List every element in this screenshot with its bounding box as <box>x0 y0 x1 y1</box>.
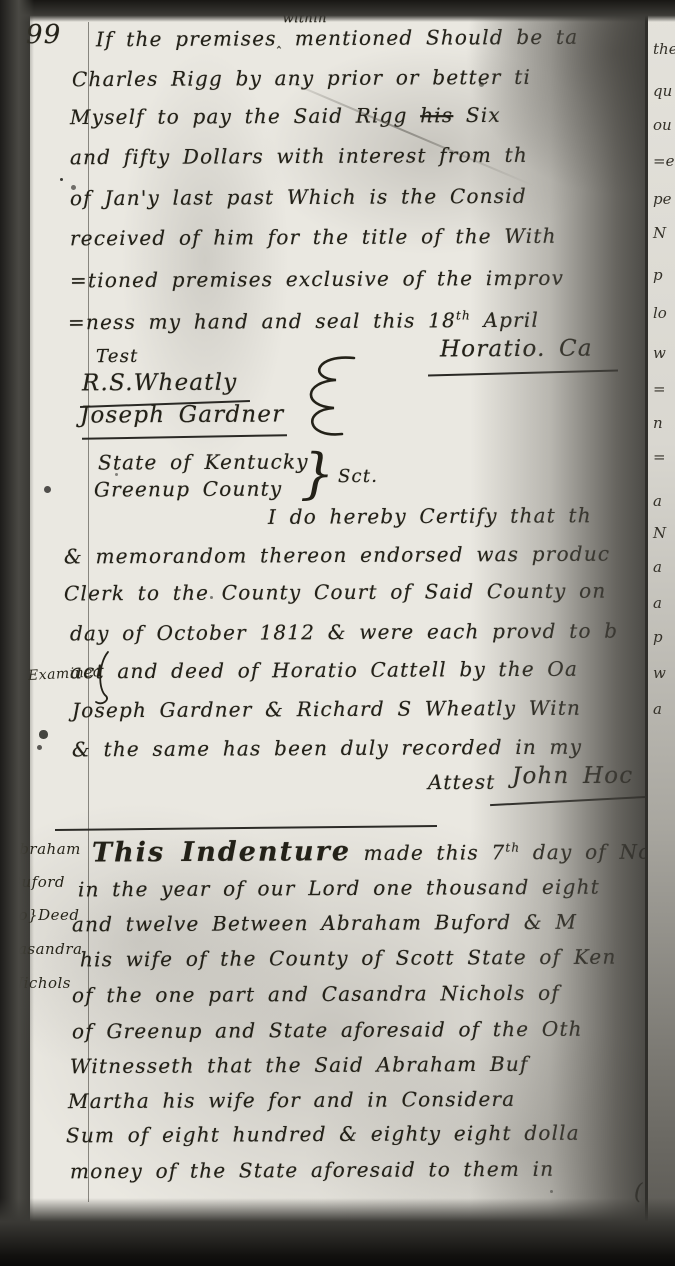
edge-text-fragment: =e <box>653 152 674 170</box>
jurat-state-line: State of Kentucky <box>98 449 309 474</box>
deed1-line-1-post: mentioned Should be ta <box>295 25 579 50</box>
facing-page-sliver: the qu ou =e pe N p lo w = n = a N a a p… <box>645 0 675 1266</box>
ink-specks <box>60 178 63 181</box>
ordinal-superscript: th <box>456 308 471 322</box>
deed2-line-1-mid: made this 7 <box>364 840 506 865</box>
scan-border-bottom <box>0 1198 675 1266</box>
cert-line-7: & the same has been duly recorded in my <box>72 735 582 762</box>
jurat-county-line: Greenup County <box>94 477 282 502</box>
deed2-line-2: in the year of our Lord one thousand eig… <box>78 875 600 902</box>
edge-text-fragment: a <box>653 700 662 718</box>
edge-text-fragment: p <box>653 266 663 284</box>
edge-text-fragment: = <box>653 380 666 398</box>
cert-line-5: act and deed of Horatio Cattell by the O… <box>70 657 578 684</box>
deed1-line-1-pre: If the premises <box>96 26 277 51</box>
jurat-sct: Sct. <box>338 466 378 487</box>
witness-signature-wheatly: R.S.Wheatly <box>82 370 238 397</box>
deed1-line-3: Myself to pay the Said Rigg his Six <box>70 103 501 129</box>
scan-border-top <box>0 0 675 22</box>
cert-line-6: Joseph Gardner & Richard S Wheatly Witn <box>72 696 581 723</box>
deed2-line-7: Witnesseth that the Said Abraham Buf <box>70 1052 529 1078</box>
edge-text-fragment: w <box>653 344 666 362</box>
examined-bracket-flourish <box>92 650 114 708</box>
edge-text-fragment: a <box>653 558 662 576</box>
edge-text-fragment: = <box>653 448 666 466</box>
deed1-line-5: of Jan'y last past Which is the Consid <box>70 184 527 210</box>
cert-line-2: & memorandom thereon endorsed was produc <box>64 542 610 569</box>
deed1-line-6: received of him for the title of the Wit… <box>70 224 557 251</box>
cert-line-3: Clerk to the County Court of Said County… <box>64 579 607 606</box>
insertion-caret: ‸ <box>277 34 283 49</box>
scan-border-left <box>0 0 34 1266</box>
jurat-brace: } <box>300 442 334 505</box>
deed1-line-1: If the premises‸within mentioned Should … <box>96 25 578 52</box>
deed2-line-1: This Indenture made this 7th day of No <box>92 835 652 869</box>
edge-text-fragment: w <box>653 664 666 682</box>
deed2-line-6: of Greenup and State aforesaid of the Ot… <box>72 1017 583 1044</box>
brace-flourish <box>290 352 365 444</box>
edge-text-fragment: ou <box>653 116 672 134</box>
deed2-line-9: Sum of eight hundred & eighty eight doll… <box>66 1121 580 1148</box>
deed2-line-8: Martha his wife for and in Considera <box>68 1087 515 1113</box>
edge-text-fragment: the <box>653 40 675 58</box>
deed1-line-7: =tioned premises exclusive of the improv <box>70 266 564 293</box>
edge-text-fragment: a <box>653 492 662 510</box>
deed2-opening-words: This Indenture <box>92 836 351 868</box>
attest-label: Attest <box>428 770 496 794</box>
edge-text-fragment: n <box>653 414 663 432</box>
deed1-line-3-post: Six <box>466 103 501 127</box>
deed2-line-1-post: day of No <box>533 840 652 865</box>
signature-horatio-cattell: Horatio. Ca <box>440 336 593 363</box>
edge-text-fragment: N <box>653 224 666 242</box>
ordinal-superscript: th <box>505 841 520 855</box>
witness-signature-gardner: Joseph Gardner <box>80 401 284 428</box>
deed1-line-8-post: April <box>483 308 539 332</box>
signature-clerk-john-hockaday: John Hoc <box>512 763 634 790</box>
deed2-line-3: and twelve Between Abraham Buford & M <box>72 910 577 937</box>
edge-text-fragment: lo <box>653 304 667 322</box>
deed1-line-4: and fifty Dollars with interest from th <box>70 143 528 169</box>
edge-text-fragment: pe <box>653 190 671 208</box>
edge-text-fragment: N <box>653 524 666 542</box>
scanned-deed-book-page: 99 If the premises‸within mentioned Shou… <box>0 0 675 1266</box>
deed2-line-4: his wife of the County of Scott State of… <box>80 945 617 972</box>
deed2-line-10: money of the State aforesaid to them in <box>70 1157 554 1184</box>
edge-text-fragment: a <box>653 594 662 612</box>
struck-out-word: his <box>420 103 453 127</box>
cert-line-1: I do hereby Certify that th <box>268 503 592 529</box>
deed1-line-8-pre: =ness my hand and seal this 18 <box>68 308 456 334</box>
cert-line-4: day of October 1812 & were each provd to… <box>70 619 618 646</box>
deed1-line-8: =ness my hand and seal this 18th April <box>68 308 539 334</box>
edge-text-fragment: qu <box>653 82 672 100</box>
edge-text-fragment: p <box>653 628 663 646</box>
deed1-line-3-pre: Myself to pay the Said Rigg <box>70 103 408 129</box>
deed2-line-5: of the one part and Casandra Nichols of <box>72 981 560 1008</box>
test-label: Test <box>96 346 139 367</box>
